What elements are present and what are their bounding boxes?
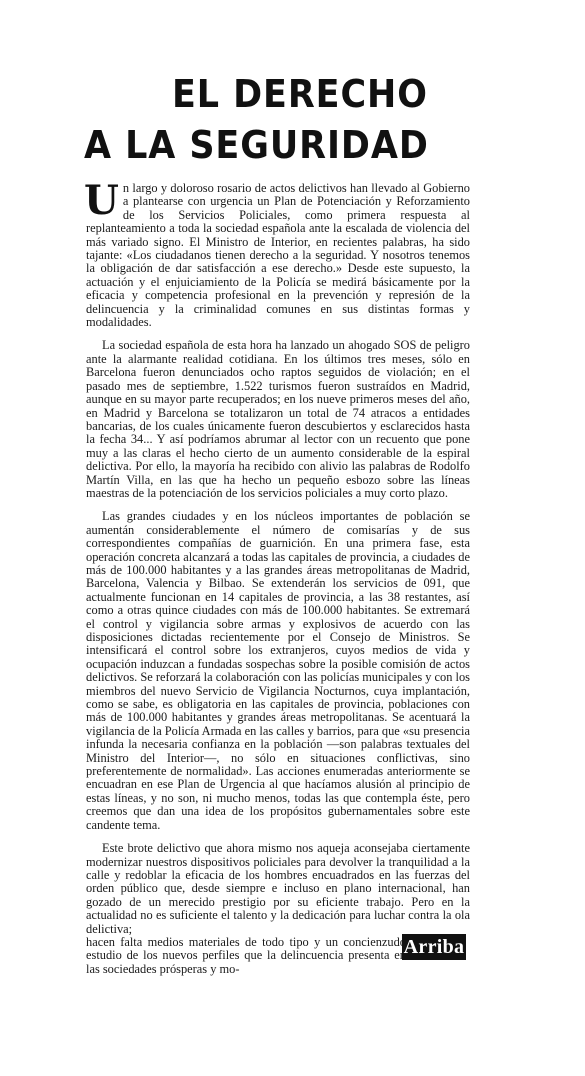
drop-cap: U (84, 185, 119, 217)
article-body: Un largo y doloroso rosario de actos del… (86, 182, 470, 986)
headline-line-2: A LA SEGURIDAD (84, 125, 429, 165)
newspaper-logo-arriba: Arriba (402, 934, 466, 960)
paragraph-4: Este brote delictivo que ahora mismo nos… (86, 842, 470, 936)
paragraph-1-text: n largo y doloroso rosario de actos deli… (86, 181, 470, 329)
paragraph-1: Un largo y doloroso rosario de actos del… (86, 182, 470, 329)
paragraph-3: Las grandes ciudades y en los núcleos im… (86, 510, 470, 832)
newspaper-clipping: EL DERECHO A LA SEGURIDAD Un largo y dol… (0, 0, 585, 1076)
paragraph-2: La sociedad española de esta hora ha lan… (86, 339, 470, 500)
headline-line-1: EL DERECHO (172, 74, 428, 114)
paragraph-4-continuation: hacen falta medios materiales de todo ti… (86, 936, 406, 976)
